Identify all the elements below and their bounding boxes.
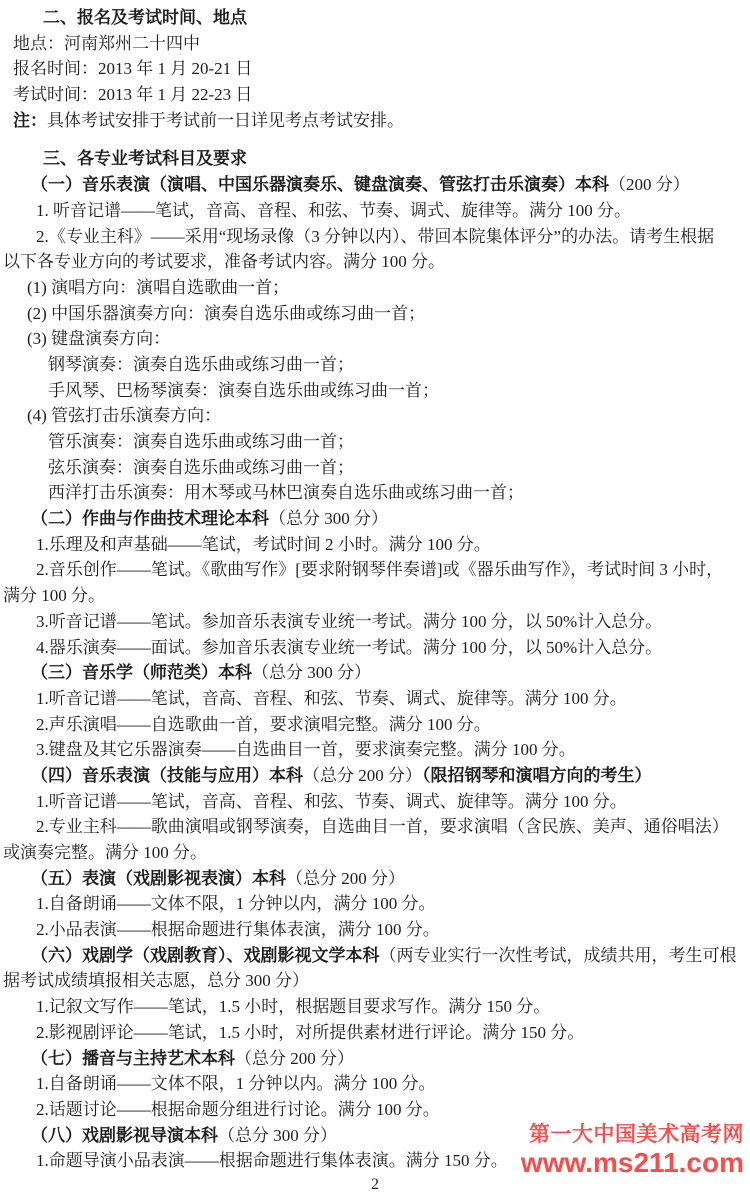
doc-line: 满分 100 分。 bbox=[0, 583, 750, 609]
text-segment: 以下各专业方向的考试要求，准备考试内容。满分 100 分。 bbox=[3, 252, 445, 271]
text-segment: 或演奏完整。满分 100 分。 bbox=[3, 843, 207, 862]
doc-line: 2.《专业主科》——采用“现场录像（3 分钟以内）、带回本院集体评分”的办法。请… bbox=[0, 224, 750, 250]
text-segment: 1.自备朗诵——文体不限，1 分钟以内。满分 100 分。 bbox=[36, 1074, 436, 1093]
text-segment: 地点：河南郑州二十四中 bbox=[13, 34, 200, 53]
doc-line: 2.小品表演——根据命题进行集体表演，满分 100 分。 bbox=[0, 917, 750, 943]
doc-line: 报名时间：2013 年 1 月 20-21 日 bbox=[0, 56, 750, 82]
doc-line: 2.音乐创作——笔试。《歌曲写作》[要求附钢琴伴奏谱]或《器乐曲写作》，考试时间… bbox=[0, 557, 750, 583]
text-segment: 2.小品表演——根据命题进行集体表演，满分 100 分。 bbox=[36, 920, 440, 939]
text-segment: 具体考试安排于考试前一日详见考点考试安排。 bbox=[47, 111, 404, 130]
text-segment: (3) 键盘演奏方向： bbox=[27, 329, 170, 348]
doc-line: 弦乐演奏：演奏自选乐曲或练习曲一首； bbox=[0, 455, 750, 481]
text-segment: （六）戏剧学（戏剧教育）、戏剧影视文学本科 bbox=[31, 946, 380, 965]
doc-line: （五）表演（戏剧影视表演）本科（总分 200 分） bbox=[0, 866, 750, 892]
doc-line: 据考试成绩填报相关志愿，总分 300 分） bbox=[0, 968, 750, 994]
page-number: 2 bbox=[371, 1176, 379, 1193]
doc-line: 1.听音记谱——笔试，音高、音程、和弦、节奏、调式、旋律等。满分 100 分。 bbox=[0, 686, 750, 712]
doc-line: 钢琴演奏：演奏自选乐曲或练习曲一首； bbox=[0, 352, 750, 378]
text-segment: 二、报名及考试时间、地点 bbox=[43, 8, 247, 27]
doc-line: 2.声乐演唱——自选歌曲一首，要求演唱完整。满分 100 分。 bbox=[0, 712, 750, 738]
text-segment: 1.听音记谱——笔试，音高、音程、和弦、节奏、调式、旋律等。满分 100 分。 bbox=[36, 792, 627, 811]
text-segment: （总分 200 分） bbox=[286, 869, 405, 888]
doc-line: 三、各专业考试科目及要求 bbox=[0, 146, 750, 172]
text-segment: (2) 中国乐器演奏方向：演奏自选乐曲或练习曲一首； bbox=[27, 304, 425, 323]
doc-line: （六）戏剧学（戏剧教育）、戏剧影视文学本科（两专业实行一次性考试，成绩共用，考生… bbox=[0, 943, 750, 969]
doc-line: 1. 听音记谱——笔试，音高、音程、和弦、节奏、调式、旋律等。满分 100 分。 bbox=[0, 198, 750, 224]
doc-line: 1.自备朗诵——文体不限，1 分钟以内，满分 100 分。 bbox=[0, 891, 750, 917]
text-segment: （一）音乐表演（演唱、中国乐器演奏乐、键盘演奏、管弦打击乐演奏）本科 bbox=[31, 175, 609, 194]
text-segment: 报名时间：2013 年 1 月 20-21 日 bbox=[13, 59, 252, 78]
text-segment: 据考试成绩填报相关志愿，总分 300 分） bbox=[3, 971, 309, 990]
text-segment: 1. 听音记谱——笔试，音高、音程、和弦、节奏、调式、旋律等。满分 100 分。 bbox=[36, 201, 631, 220]
text-segment: 3.听音记谱——笔试。参加音乐表演专业统一考试。满分 100 分，以 50%计入… bbox=[36, 612, 662, 631]
text-segment: 1.自备朗诵——文体不限，1 分钟以内，满分 100 分。 bbox=[36, 894, 436, 913]
doc-line: （七）播音与主持艺术本科（总分 200 分） bbox=[0, 1046, 750, 1072]
doc-line: 考试时间：2013 年 1 月 22-23 日 bbox=[0, 82, 750, 108]
text-segment: （八）戏剧影视导演本科 bbox=[31, 1126, 218, 1145]
text-segment: （200 分） bbox=[609, 175, 690, 194]
text-segment: (1) 演唱方向：演唱自选歌曲一首； bbox=[27, 278, 289, 297]
doc-line: 地点：河南郑州二十四中 bbox=[0, 31, 750, 57]
text-segment: 三、各专业考试科目及要求 bbox=[43, 149, 247, 168]
doc-line: （一）音乐表演（演唱、中国乐器演奏乐、键盘演奏、管弦打击乐演奏）本科（200 分… bbox=[0, 172, 750, 198]
text-segment: （总分 200 分） bbox=[303, 766, 422, 785]
text-segment: 1.记叙文写作——笔试，1.5 小时，根据题目要求写作。满分 150 分。 bbox=[36, 997, 550, 1016]
text-segment: （七）播音与主持艺术本科 bbox=[31, 1049, 235, 1068]
text-segment: 手风琴、巴杨琴演奏：演奏自选乐曲或练习曲一首； bbox=[48, 381, 439, 400]
text-segment: 2.话题讨论——根据命题分组进行讨论。满分 100 分。 bbox=[36, 1100, 440, 1119]
text-segment: 满分 100 分。 bbox=[3, 586, 105, 605]
doc-line: 注：具体考试安排于考试前一日详见考点考试安排。 bbox=[0, 108, 750, 134]
document-body: 二、报名及考试时间、地点地点：河南郑州二十四中报名时间：2013 年 1 月 2… bbox=[0, 0, 750, 1174]
text-segment: 管乐演奏：演奏自选乐曲或练习曲一首； bbox=[48, 432, 354, 451]
doc-line: 2.话题讨论——根据命题分组进行讨论。满分 100 分。 bbox=[0, 1097, 750, 1123]
doc-line: 1.乐理及和声基础——笔试，考试时间 2 小时。满分 100 分。 bbox=[0, 532, 750, 558]
doc-line: 4.器乐演奏——面试。参加音乐表演专业统一考试。满分 100 分，以 50%计入… bbox=[0, 635, 750, 661]
doc-line: 以下各专业方向的考试要求，准备考试内容。满分 100 分。 bbox=[0, 249, 750, 275]
text-segment: 1.乐理及和声基础——笔试，考试时间 2 小时。满分 100 分。 bbox=[36, 535, 491, 554]
doc-line: (2) 中国乐器演奏方向：演奏自选乐曲或练习曲一首； bbox=[0, 301, 750, 327]
text-segment: 弦乐演奏：演奏自选乐曲或练习曲一首； bbox=[48, 458, 354, 477]
text-segment: 钢琴演奏：演奏自选乐曲或练习曲一首； bbox=[48, 355, 354, 374]
doc-line: 3.听音记谱——笔试。参加音乐表演专业统一考试。满分 100 分，以 50%计入… bbox=[0, 609, 750, 635]
doc-line: 1.记叙文写作——笔试，1.5 小时，根据题目要求写作。满分 150 分。 bbox=[0, 994, 750, 1020]
text-segment: 2.专业主科——歌曲演唱或钢琴演奏，自选曲目一首，要求演唱（含民族、美声、通俗唱… bbox=[36, 817, 729, 836]
text-segment: （总分 300 分） bbox=[269, 509, 388, 528]
text-segment: （四）音乐表演（技能与应用）本科 bbox=[31, 766, 303, 785]
doc-line: 3.键盘及其它乐器演奏——自选曲目一首，要求演奏完整。满分 100 分。 bbox=[0, 737, 750, 763]
doc-line: 或演奏完整。满分 100 分。 bbox=[0, 840, 750, 866]
text-segment: （三）音乐学（师范类）本科 bbox=[31, 663, 252, 682]
text-segment: 2.音乐创作——笔试。《歌曲写作》[要求附钢琴伴奏谱]或《器乐曲写作》，考试时间… bbox=[36, 560, 723, 579]
watermark-site-url: www.ms211.com bbox=[521, 1149, 744, 1177]
doc-line: 手风琴、巴杨琴演奏：演奏自选乐曲或练习曲一首； bbox=[0, 378, 750, 404]
doc-line: 管乐演奏：演奏自选乐曲或练习曲一首； bbox=[0, 429, 750, 455]
text-segment: (4) 管弦打击乐演奏方向： bbox=[27, 406, 221, 425]
doc-line: 2.影视剧评论——笔试，1.5 小时，对所提供素材进行评论。满分 150 分。 bbox=[0, 1020, 750, 1046]
doc-line: （四）音乐表演（技能与应用）本科（总分 200 分）（限招钢琴和演唱方向的考生） bbox=[0, 763, 750, 789]
doc-line: （二）作曲与作曲技术理论本科（总分 300 分） bbox=[0, 506, 750, 532]
text-segment: 2.《专业主科》——采用“现场录像（3 分钟以内）、带回本院集体评分”的办法。请… bbox=[36, 227, 714, 246]
blank-line bbox=[0, 133, 750, 146]
text-segment: （限招钢琴和演唱方向的考生） bbox=[422, 766, 652, 785]
text-segment: 2.声乐演唱——自选歌曲一首，要求演唱完整。满分 100 分。 bbox=[36, 715, 491, 734]
doc-line: (3) 键盘演奏方向： bbox=[0, 326, 750, 352]
text-segment: 考试时间：2013 年 1 月 22-23 日 bbox=[13, 85, 252, 104]
text-segment: 3.键盘及其它乐器演奏——自选曲目一首，要求演奏完整。满分 100 分。 bbox=[36, 740, 576, 759]
doc-line: 2.专业主科——歌曲演唱或钢琴演奏，自选曲目一首，要求演唱（含民族、美声、通俗唱… bbox=[0, 814, 750, 840]
text-segment: （总分 300 分） bbox=[252, 663, 371, 682]
text-segment: （五）表演（戏剧影视表演）本科 bbox=[31, 869, 286, 888]
text-segment: 1.听音记谱——笔试，音高、音程、和弦、节奏、调式、旋律等。满分 100 分。 bbox=[36, 689, 627, 708]
text-segment: （总分 300 分） bbox=[218, 1126, 337, 1145]
text-segment: （总分 200 分） bbox=[235, 1049, 354, 1068]
text-segment: 4.器乐演奏——面试。参加音乐表演专业统一考试。满分 100 分，以 50%计入… bbox=[36, 638, 662, 657]
doc-line: 1.自备朗诵——文体不限，1 分钟以内。满分 100 分。 bbox=[0, 1071, 750, 1097]
doc-line: 1.听音记谱——笔试，音高、音程、和弦、节奏、调式、旋律等。满分 100 分。 bbox=[0, 789, 750, 815]
text-segment: （二）作曲与作曲技术理论本科 bbox=[31, 509, 269, 528]
watermark-site-name: 第一大中国美术高考网 bbox=[521, 1124, 744, 1145]
text-segment: 注： bbox=[13, 111, 47, 130]
text-segment: （两专业实行一次性考试，成绩共用，考生可根 bbox=[380, 946, 737, 965]
text-segment: 2.影视剧评论——笔试，1.5 小时，对所提供素材进行评论。满分 150 分。 bbox=[36, 1023, 584, 1042]
text-segment: 西洋打击乐演奏：用木琴或马林巴演奏自选乐曲或练习曲一首； bbox=[48, 483, 524, 502]
doc-line: 二、报名及考试时间、地点 bbox=[0, 5, 750, 31]
text-segment: 1.命题导演小品表演——根据命题进行集体表演。满分 150 分。 bbox=[36, 1151, 508, 1170]
watermark: 第一大中国美术高考网 www.ms211.com bbox=[521, 1124, 744, 1177]
doc-line: 西洋打击乐演奏：用木琴或马林巴演奏自选乐曲或练习曲一首； bbox=[0, 480, 750, 506]
doc-line: (4) 管弦打击乐演奏方向： bbox=[0, 403, 750, 429]
doc-line: （三）音乐学（师范类）本科（总分 300 分） bbox=[0, 660, 750, 686]
doc-line: (1) 演唱方向：演唱自选歌曲一首； bbox=[0, 275, 750, 301]
